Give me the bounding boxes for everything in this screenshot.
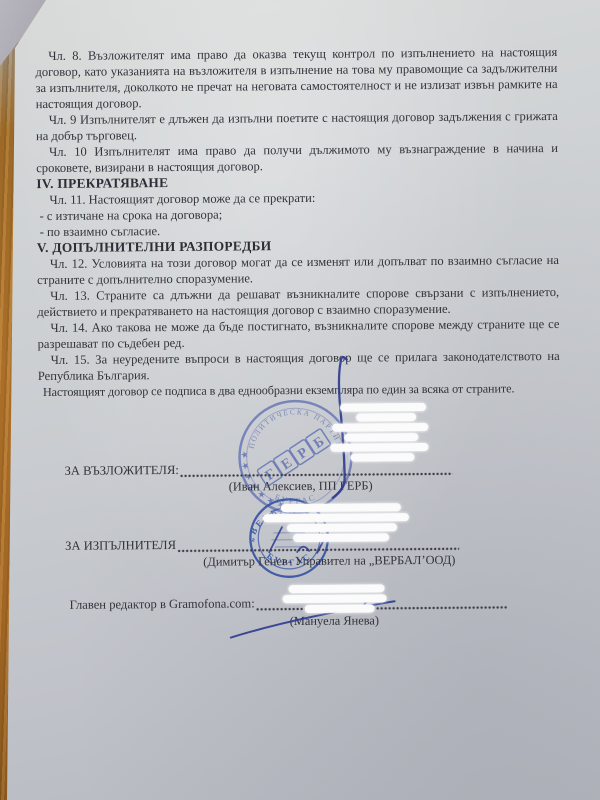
gerb-stamp-logo: Г Е Р Б (257, 428, 331, 486)
clause-14: Чл. 14. Ако такова не може да бъде пости… (37, 316, 559, 352)
clause-15: Чл. 15. За неуредените въпроси в настоящ… (38, 348, 560, 384)
assignor-signature-line (180, 463, 453, 478)
signature-row-assignor: ЗА ВЪЗЛОЖИТЕЛЯ: (64, 461, 452, 479)
assignor-name-note: (Иван Алексиев, ПП ГЕРБ) (229, 478, 373, 494)
clause-9: Чл. 9 Изпълнителят е длъжен да изпълни п… (36, 108, 558, 144)
clause-8: Чл. 8. Възложителят има право да оказва … (35, 44, 557, 112)
editor-name-note: (Мануела Янева) (290, 613, 379, 629)
clause-13: Чл. 13. Страните са длъжни да решават въ… (37, 284, 559, 320)
clause-12: Чл. 12. Условията на този договор могат … (37, 252, 559, 288)
editor-label: Главен редактор в Gramofona.com: (70, 596, 255, 612)
contract-text-block: Чл. 8. Възложителят има право да оказва … (0, 0, 600, 400)
clause-10: Чл. 10 Изпълнителят има право да получи … (36, 140, 558, 176)
contract-page: Чл. 8. Възложителят има право да оказва … (0, 0, 600, 800)
redaction-assignor-signature (330, 401, 432, 462)
contractor-label: ЗА ИЗПЪЛНИТЕЛЯ (65, 538, 176, 554)
redaction-editor-signature (282, 582, 388, 613)
assignor-label: ЗА ВЪЗЛОЖИТЕЛЯ: (64, 463, 178, 479)
redaction-contractor-signature (263, 501, 413, 542)
contractor-name-note: (Димитър Генев- Управител на „ВЕРБАЛ’ООД… (203, 553, 455, 570)
